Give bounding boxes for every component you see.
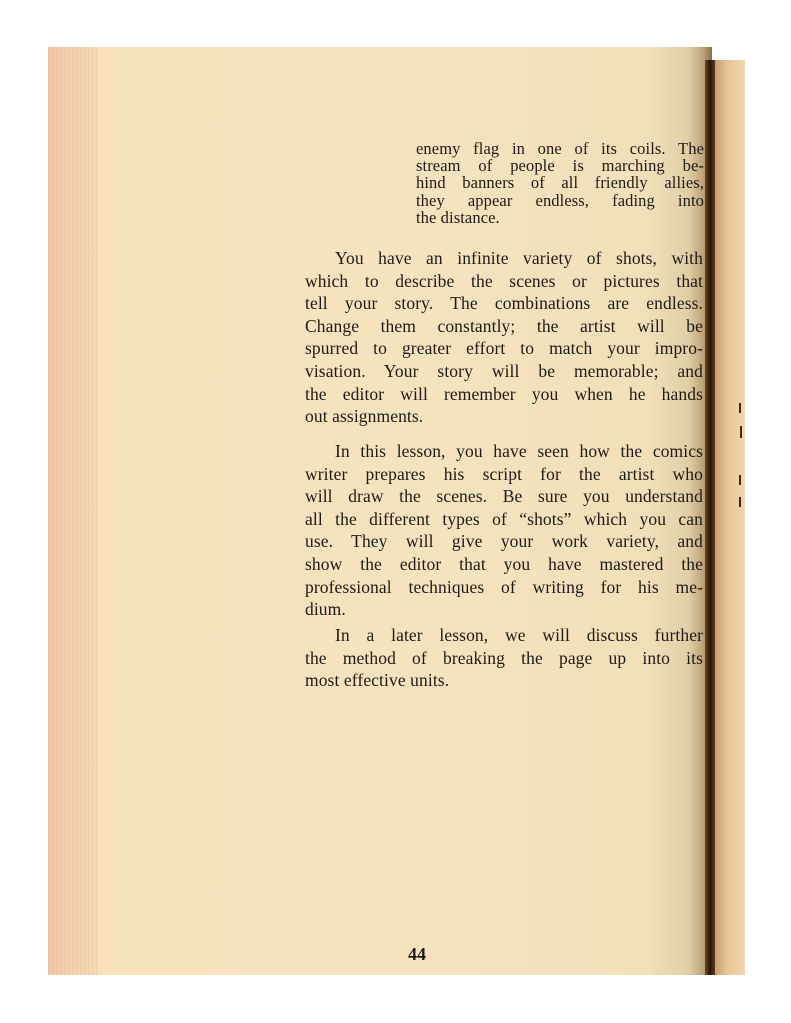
text-line: out assignments.: [305, 405, 703, 428]
adjacent-page-mark: [739, 497, 741, 507]
page-number: 44: [408, 944, 426, 965]
text-line: most effective units.: [305, 669, 703, 692]
quote-line: they appear endless, fading into: [416, 192, 704, 209]
text-line: professional techniques of writing for h…: [305, 576, 703, 599]
quote-line: hind banners of all friendly allies,: [416, 174, 704, 191]
text-line: visation. Your story will be memorable; …: [305, 360, 703, 383]
page-edge-stack: [48, 47, 98, 975]
text-line: show the editor that you have mastered t…: [305, 553, 703, 576]
text-line: Change them constantly; the artist will …: [305, 315, 703, 338]
quote-line: the distance.: [416, 209, 704, 226]
adjacent-page-mark: [740, 426, 742, 438]
adjacent-page-mark: [739, 403, 741, 413]
quote-line: stream of people is marching be-: [416, 157, 704, 174]
paragraph-1: You have an infinite variety of shots, w…: [305, 247, 703, 428]
text-line: which to describe the scenes or pictures…: [305, 270, 703, 293]
paragraph-3: In a later lesson, we will discuss furth…: [305, 624, 703, 692]
text-line: all the different types of “shots” which…: [305, 508, 703, 531]
text-line: writer prepares his script for the artis…: [305, 463, 703, 486]
quote-line: enemy flag in one of its coils. The: [416, 140, 704, 157]
text-line: will draw the scenes. Be sure you unders…: [305, 485, 703, 508]
text-line: the editor will remember you when he han…: [305, 383, 703, 406]
adjacent-page-edge: [715, 60, 745, 975]
quote-block: enemy flag in one of its coils. The stre…: [416, 140, 704, 226]
text-line: dium.: [305, 598, 703, 621]
text-line: tell your story. The combinations are en…: [305, 292, 703, 315]
text-line: the method of breaking the page up into …: [305, 647, 703, 670]
text-line: In this lesson, you have seen how the co…: [305, 440, 703, 463]
text-line: spurred to greater effort to match your …: [305, 337, 703, 360]
text-line: In a later lesson, we will discuss furth…: [305, 624, 703, 647]
text-line: You have an infinite variety of shots, w…: [305, 247, 703, 270]
paragraph-2: In this lesson, you have seen how the co…: [305, 440, 703, 621]
text-line: use. They will give your work variety, a…: [305, 530, 703, 553]
adjacent-page-mark: [739, 475, 741, 485]
book-gutter: [705, 60, 715, 975]
